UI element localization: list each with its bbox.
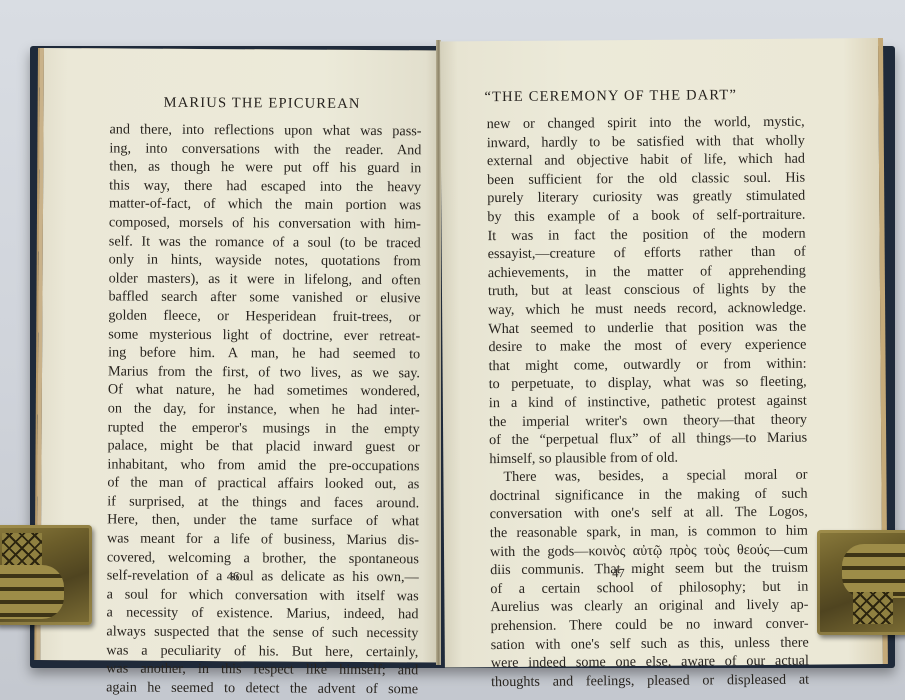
text-line: if surprised, at the things and faces ar… xyxy=(107,492,419,512)
text-line: that might come, outwardly or from withi… xyxy=(488,354,806,375)
text-line: a soul for which conversation with itsel… xyxy=(107,585,419,605)
text-line: truth, but at least conscious of lights … xyxy=(488,280,806,301)
text-line: of a certain school of philosophy; but i… xyxy=(490,577,808,598)
text-line: composed, morsels of his conversation wi… xyxy=(109,213,421,233)
text-line: inward, hardly to be satisfied with that… xyxy=(487,131,805,152)
text-line: then, as though he were put off his guar… xyxy=(109,158,421,178)
text-line: been sufficient for the old classic soul… xyxy=(487,168,805,189)
hand-ornament-icon xyxy=(0,565,64,619)
page-number-right: 47 xyxy=(612,566,625,581)
text-line: self-revelation of a soul as delicate as… xyxy=(107,567,419,587)
running-head-right: “THE CEREMONY OF THE DART” xyxy=(484,87,737,106)
text-line: were indeed some one else, aware of our … xyxy=(491,652,809,673)
text-line: ing, into conversations with the reader.… xyxy=(109,139,421,159)
text-line: only in hints, wayside notes, quotations… xyxy=(109,251,421,271)
text-line: self. It was the romance of a soul (to b… xyxy=(109,232,421,252)
text-line: purely literary curiosity was greatly st… xyxy=(487,187,805,208)
text-line: external and objective habit of life, wh… xyxy=(487,150,805,171)
text-line: himself, so plausible from of old. xyxy=(489,447,807,468)
text-line: doctrinal significance in the making of … xyxy=(490,484,808,505)
lattice-ornament-icon xyxy=(853,592,893,624)
text-line: Marius from the first, of two lives, as … xyxy=(108,362,420,382)
text-line: Of what nature, he had sometimes wondere… xyxy=(108,381,420,401)
text-line: conversation with one's self at all. The… xyxy=(490,503,808,524)
text-line: golden fleece, or Hesperidean fruit-tree… xyxy=(108,306,420,326)
lattice-ornament-icon xyxy=(2,533,42,565)
text-line: some mysterious light of doctrine, ever … xyxy=(108,325,420,345)
text-line: was a peculiarity of his. But here, cert… xyxy=(106,641,418,661)
text-line: essayist,—creature of efforts rather tha… xyxy=(488,243,806,264)
text-line: thoughts and feelings, pleased or disple… xyxy=(491,670,809,691)
text-line: desire to make the most of every experie… xyxy=(488,336,806,357)
text-line: inhabitant, who from amid the pre-occupa… xyxy=(107,455,419,475)
text-line: a necessity of existence. Marius, indeed… xyxy=(106,604,418,624)
text-line: on the day, for instance, when he had in… xyxy=(108,399,420,419)
text-line: the imperial writer's own theory—that th… xyxy=(489,410,807,431)
text-line: ing before him. A man, he had seemed to xyxy=(108,344,420,364)
text-line: It was in fact the position of the moder… xyxy=(487,224,805,245)
text-line: covered, welcoming a brother, the sponta… xyxy=(107,548,419,568)
text-line: of the man of practical affairs looked o… xyxy=(107,474,419,494)
brass-page-clip-left xyxy=(0,525,92,625)
running-head-left: MARIUS THE EPICUREAN xyxy=(164,95,361,113)
text-line: the reasonable spark, in man, is common … xyxy=(490,522,808,543)
text-line: sation with one's self such as this, unl… xyxy=(491,633,809,654)
text-line: always suspected that the sense of such … xyxy=(106,622,418,642)
right-page-text: new or changed spirit into the world, my… xyxy=(487,113,810,692)
text-line: achievements, in the matter of apprehend… xyxy=(488,261,806,282)
text-line: this way, there had escaped into the hea… xyxy=(109,176,421,196)
text-line: There was, besides, a special moral or xyxy=(489,466,807,487)
text-line: in a kind of instinctive, pathetic prote… xyxy=(489,392,807,413)
text-line: again he seemed to detect the advent of … xyxy=(106,678,418,698)
page-number-left: 46 xyxy=(227,569,240,584)
text-line: and there, into reflections upon what wa… xyxy=(109,120,421,140)
text-line: prehension. There could be no inward con… xyxy=(491,615,809,636)
text-line: What seemed to underlie that position wa… xyxy=(488,317,806,338)
text-line: way, which he must needs record, acknowl… xyxy=(488,299,806,320)
text-line: Aurelius was clearly an original and liv… xyxy=(490,596,808,617)
text-line: palace, might be that placid inward gues… xyxy=(108,437,420,457)
text-line: new or changed spirit into the world, my… xyxy=(487,113,805,134)
text-line: baffled search after some vanished or el… xyxy=(108,288,420,308)
text-line: with the gods—κοινὸς αὐτῷ πρὸς τοὺς θεού… xyxy=(490,540,808,561)
text-line: of the “perpetual flux” of all things—to… xyxy=(489,429,807,450)
hand-ornament-icon xyxy=(842,544,905,598)
text-line: rupted the emperor's musings in the empt… xyxy=(108,418,420,438)
brass-page-clip-right xyxy=(817,530,905,635)
text-line: matter-of-fact, of which the main portio… xyxy=(109,195,421,215)
text-line: by this example of a book of self-portra… xyxy=(487,206,805,227)
text-line: to perpetuate, to display, what was so f… xyxy=(489,373,807,394)
text-line: older masters), as it were in lifelong, … xyxy=(109,269,421,289)
text-line: diis communis. That might seem but the t… xyxy=(490,559,808,580)
text-line: was another, in this respect like himsel… xyxy=(106,660,418,680)
text-line: was meant for a life of business, Marius… xyxy=(107,529,419,549)
left-page-text: and there, into reflections upon what wa… xyxy=(106,120,422,698)
text-line: Here, then, under the tame surface of wh… xyxy=(107,511,419,531)
left-page: MARIUS THE EPICUREAN and there, into ref… xyxy=(36,48,442,662)
